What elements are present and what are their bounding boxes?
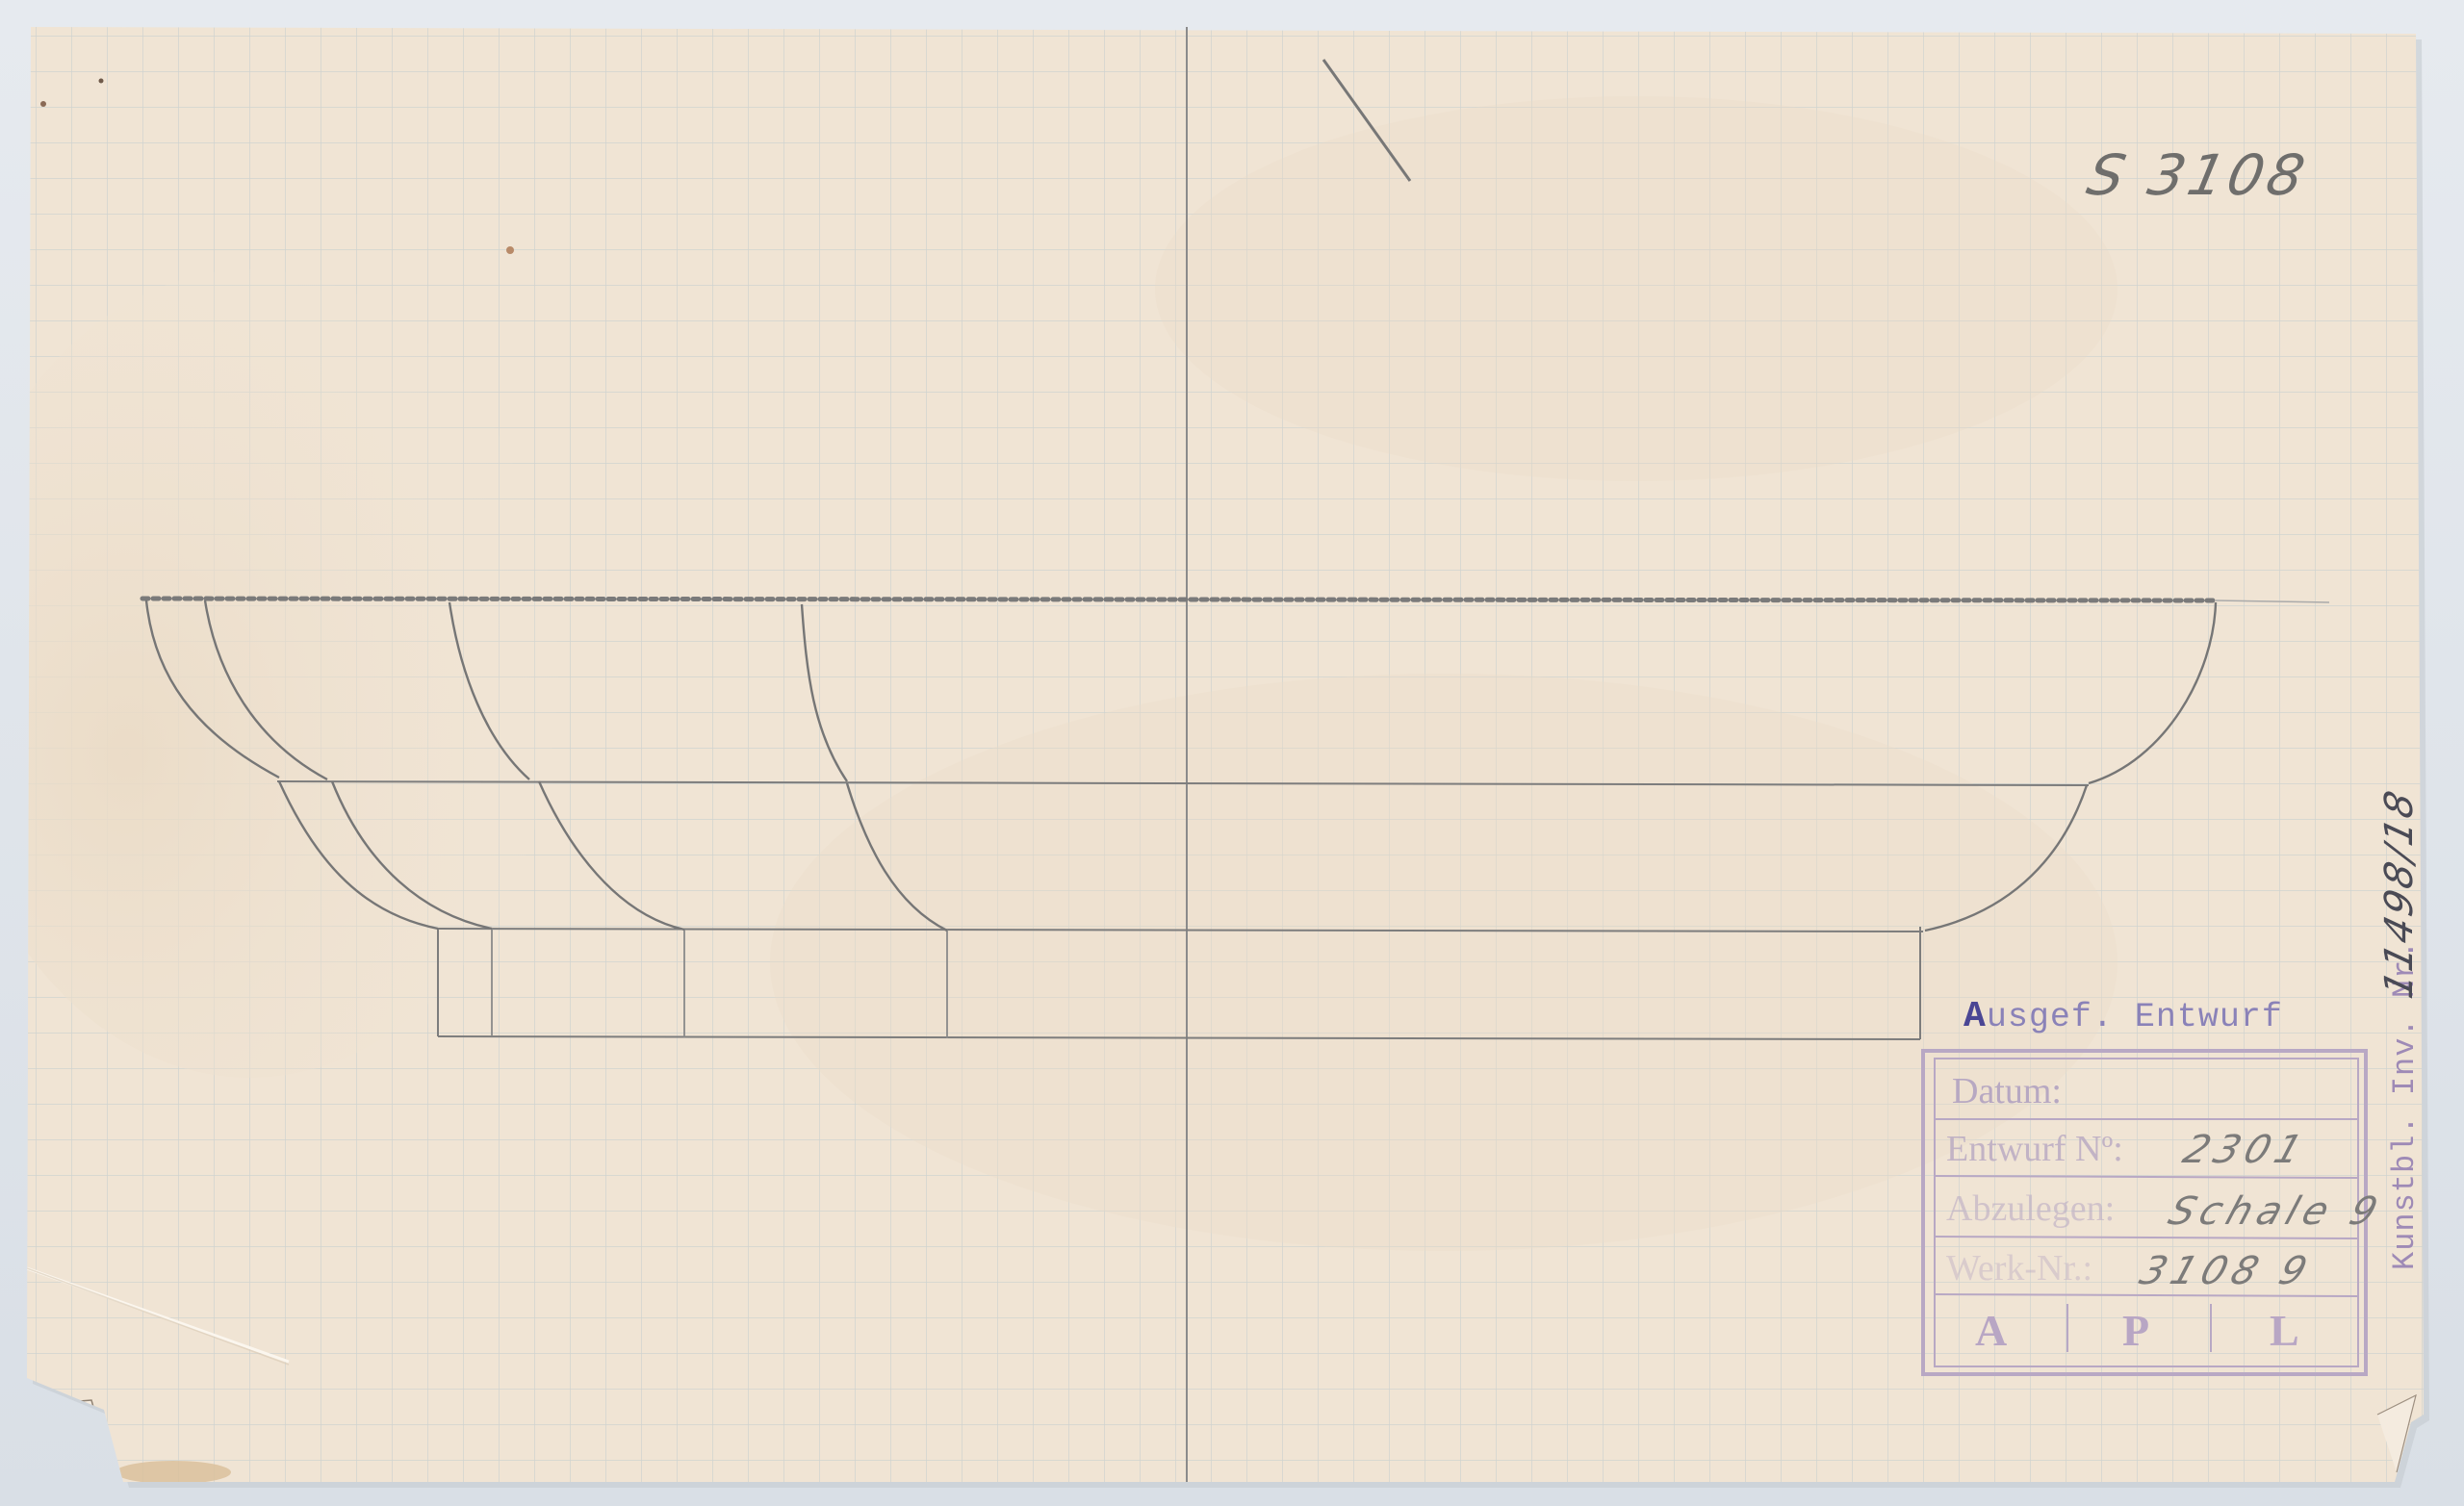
stamp-entwurf-value: 2301 [2178,1128,2314,1172]
stamp-cell-a: A [1975,1305,2007,1356]
shelfmark-handwritten: S 3108 [2082,142,2314,208]
stamp-abzulegen-label: Abzulegen: [1946,1187,2115,1230]
typed-status-label: Ausgef. Entwurf [1963,996,2283,1037]
typed-status-rest: usgef. Entwurf [1987,998,2283,1036]
stamp-cell-l: L [2270,1305,2299,1356]
sheet-artwork [0,0,2464,1506]
rim-line [142,599,2216,600]
drawing-sheet: S 3108 Ausgef. Entwurf Datum: Entwurf Nº… [0,0,2464,1506]
typed-status-initial: A [1963,996,1987,1037]
inventory-number-handwritten: 11498/18 [2377,783,2422,1003]
stamp-abzulegen-value: Schale 9 [2164,1189,2389,1234]
stamp-entwurf-label: Entwurf Nº: [1946,1128,2123,1170]
stamp-cell-p: P [2122,1305,2149,1356]
stamp-datum-label: Datum: [1952,1070,2062,1112]
stamp-werknr-value: 3108 9 [2135,1249,2319,1293]
stamp-werknr-label: Werk-Nr.: [1946,1247,2092,1289]
